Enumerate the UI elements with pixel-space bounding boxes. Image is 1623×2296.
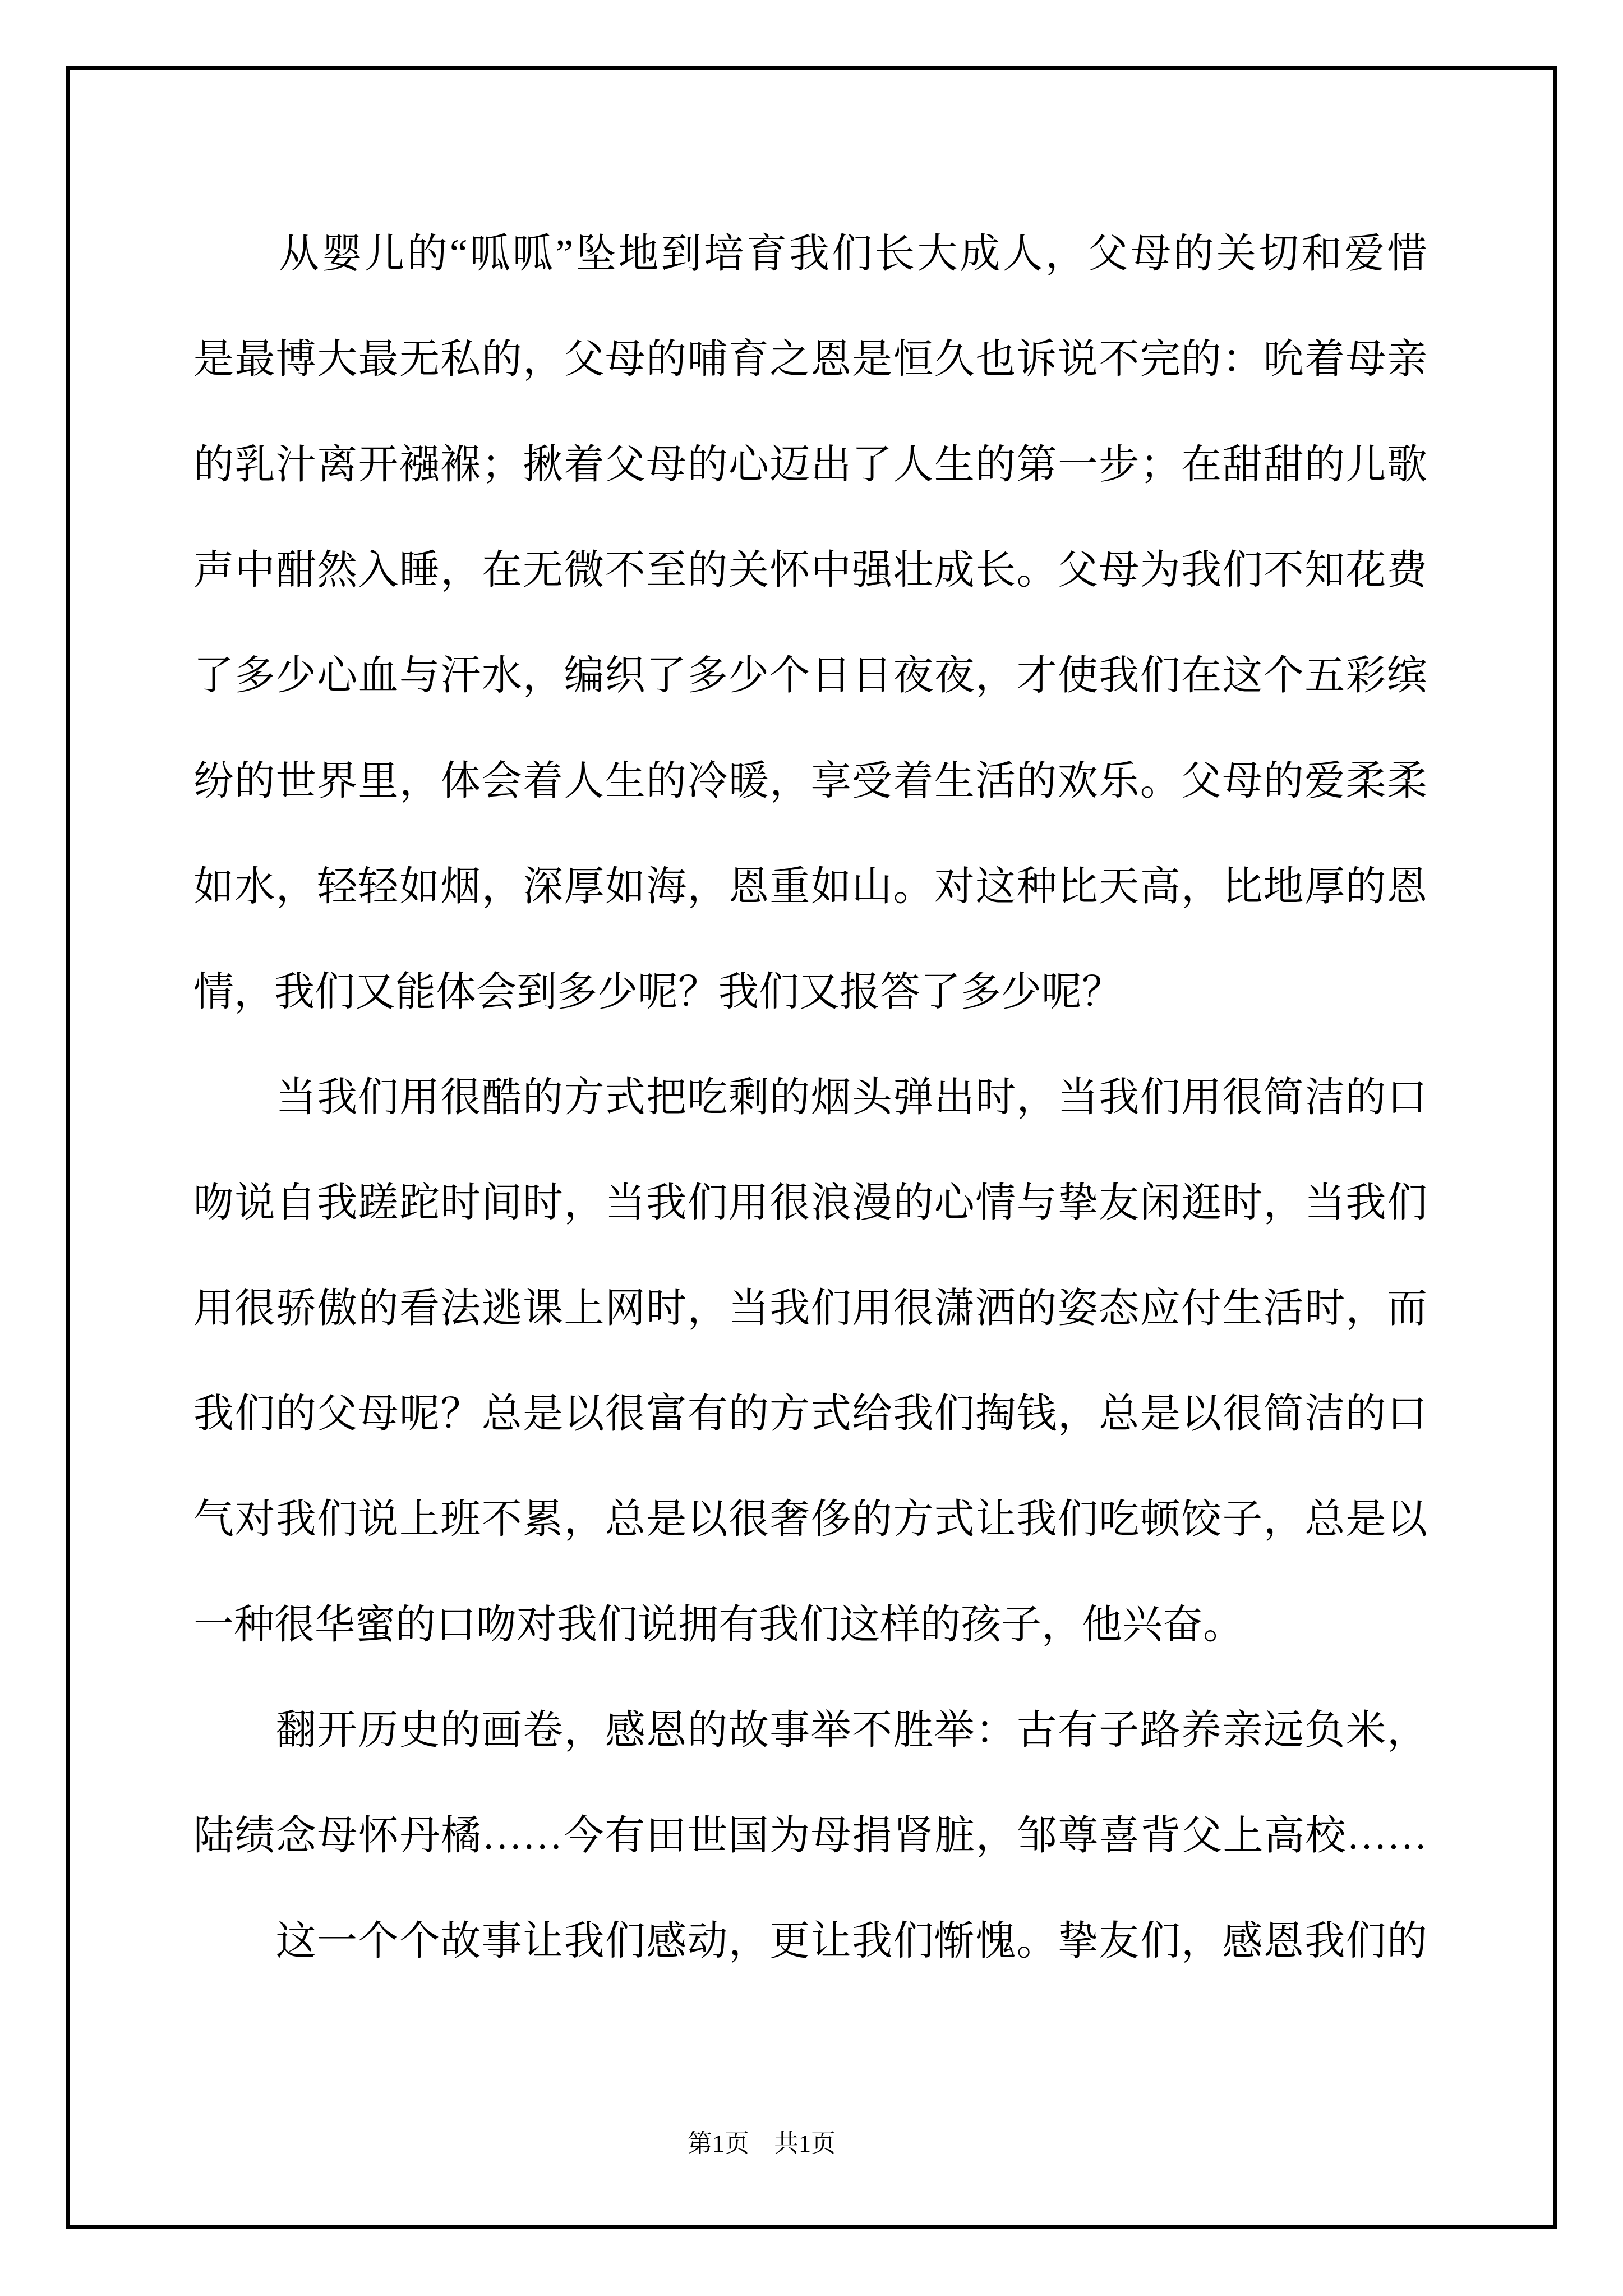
document-body: 从婴儿的“呱呱”坠地到培育我们长大成人，父母的关切和爱惜是最博大最无私的，父母的…: [193, 201, 1427, 1994]
text-line: 用很骄傲的看法逃课上网时，当我们用很潇洒的姿态应付生活时，而: [193, 1255, 1427, 1361]
text-line: 了多少心血与汗水，编织了多少个日日夜夜，才使我们在这个五彩缤: [193, 623, 1427, 728]
text-line: 这一个个故事让我们感动，更让我们惭愧。挚友们，感恩我们的: [193, 1888, 1427, 1994]
text-line: 当我们用很酷的方式把吃剩的烟头弹出时，当我们用很简洁的口: [193, 1045, 1427, 1150]
text-line: 纷的世界里，体会着人生的冷暖，享受着生活的欢乐。父母的爱柔柔: [193, 728, 1427, 834]
text-line: 情，我们又能体会到多少呢？我们又报答了多少呢？: [193, 939, 1427, 1045]
text-line: 翻开历史的画卷，感恩的故事举不胜举：古有子路养亲远负米，: [193, 1677, 1427, 1783]
page-number-indicator: 第1页 共1页: [688, 2130, 836, 2157]
text-line: 气对我们说上班不累，总是以很奢侈的方式让我们吃顿饺子，总是以: [193, 1466, 1427, 1572]
text-line: 如水，轻轻如烟，深厚如海，恩重如山。对这种比天高，比地厚的恩: [193, 834, 1427, 939]
text-line: 陆绩念母怀丹橘……今有田世国为母捐肾脏，邹尊喜背父上高校……: [193, 1783, 1427, 1888]
text-line: 声中酣然入睡，在无微不至的关怀中强壮成长。父母为我们不知花费: [193, 517, 1427, 623]
text-line: 我们的父母呢？总是以很富有的方式给我们掏钱，总是以很简洁的口: [193, 1361, 1427, 1466]
document-page: 从婴儿的“呱呱”坠地到培育我们长大成人，父母的关切和爱惜是最博大最无私的，父母的…: [0, 0, 1623, 2296]
text-line: 吻说自我蹉跎时间时，当我们用很浪漫的心情与挚友闲逛时，当我们: [193, 1150, 1427, 1255]
page-footer: 第1页 共1页: [0, 2122, 1523, 2166]
text-line: 从婴儿的“呱呱”坠地到培育我们长大成人，父母的关切和爱惜: [193, 201, 1427, 306]
text-line: 是最博大最无私的，父母的哺育之恩是恒久也诉说不完的：吮着母亲: [193, 306, 1427, 412]
text-line: 一种很华蜜的口吻对我们说拥有我们这样的孩子，他兴奋。: [193, 1572, 1427, 1677]
text-line: 的乳汁离开襁褓；揪着父母的心迈出了人生的第一步；在甜甜的儿歌: [193, 412, 1427, 517]
